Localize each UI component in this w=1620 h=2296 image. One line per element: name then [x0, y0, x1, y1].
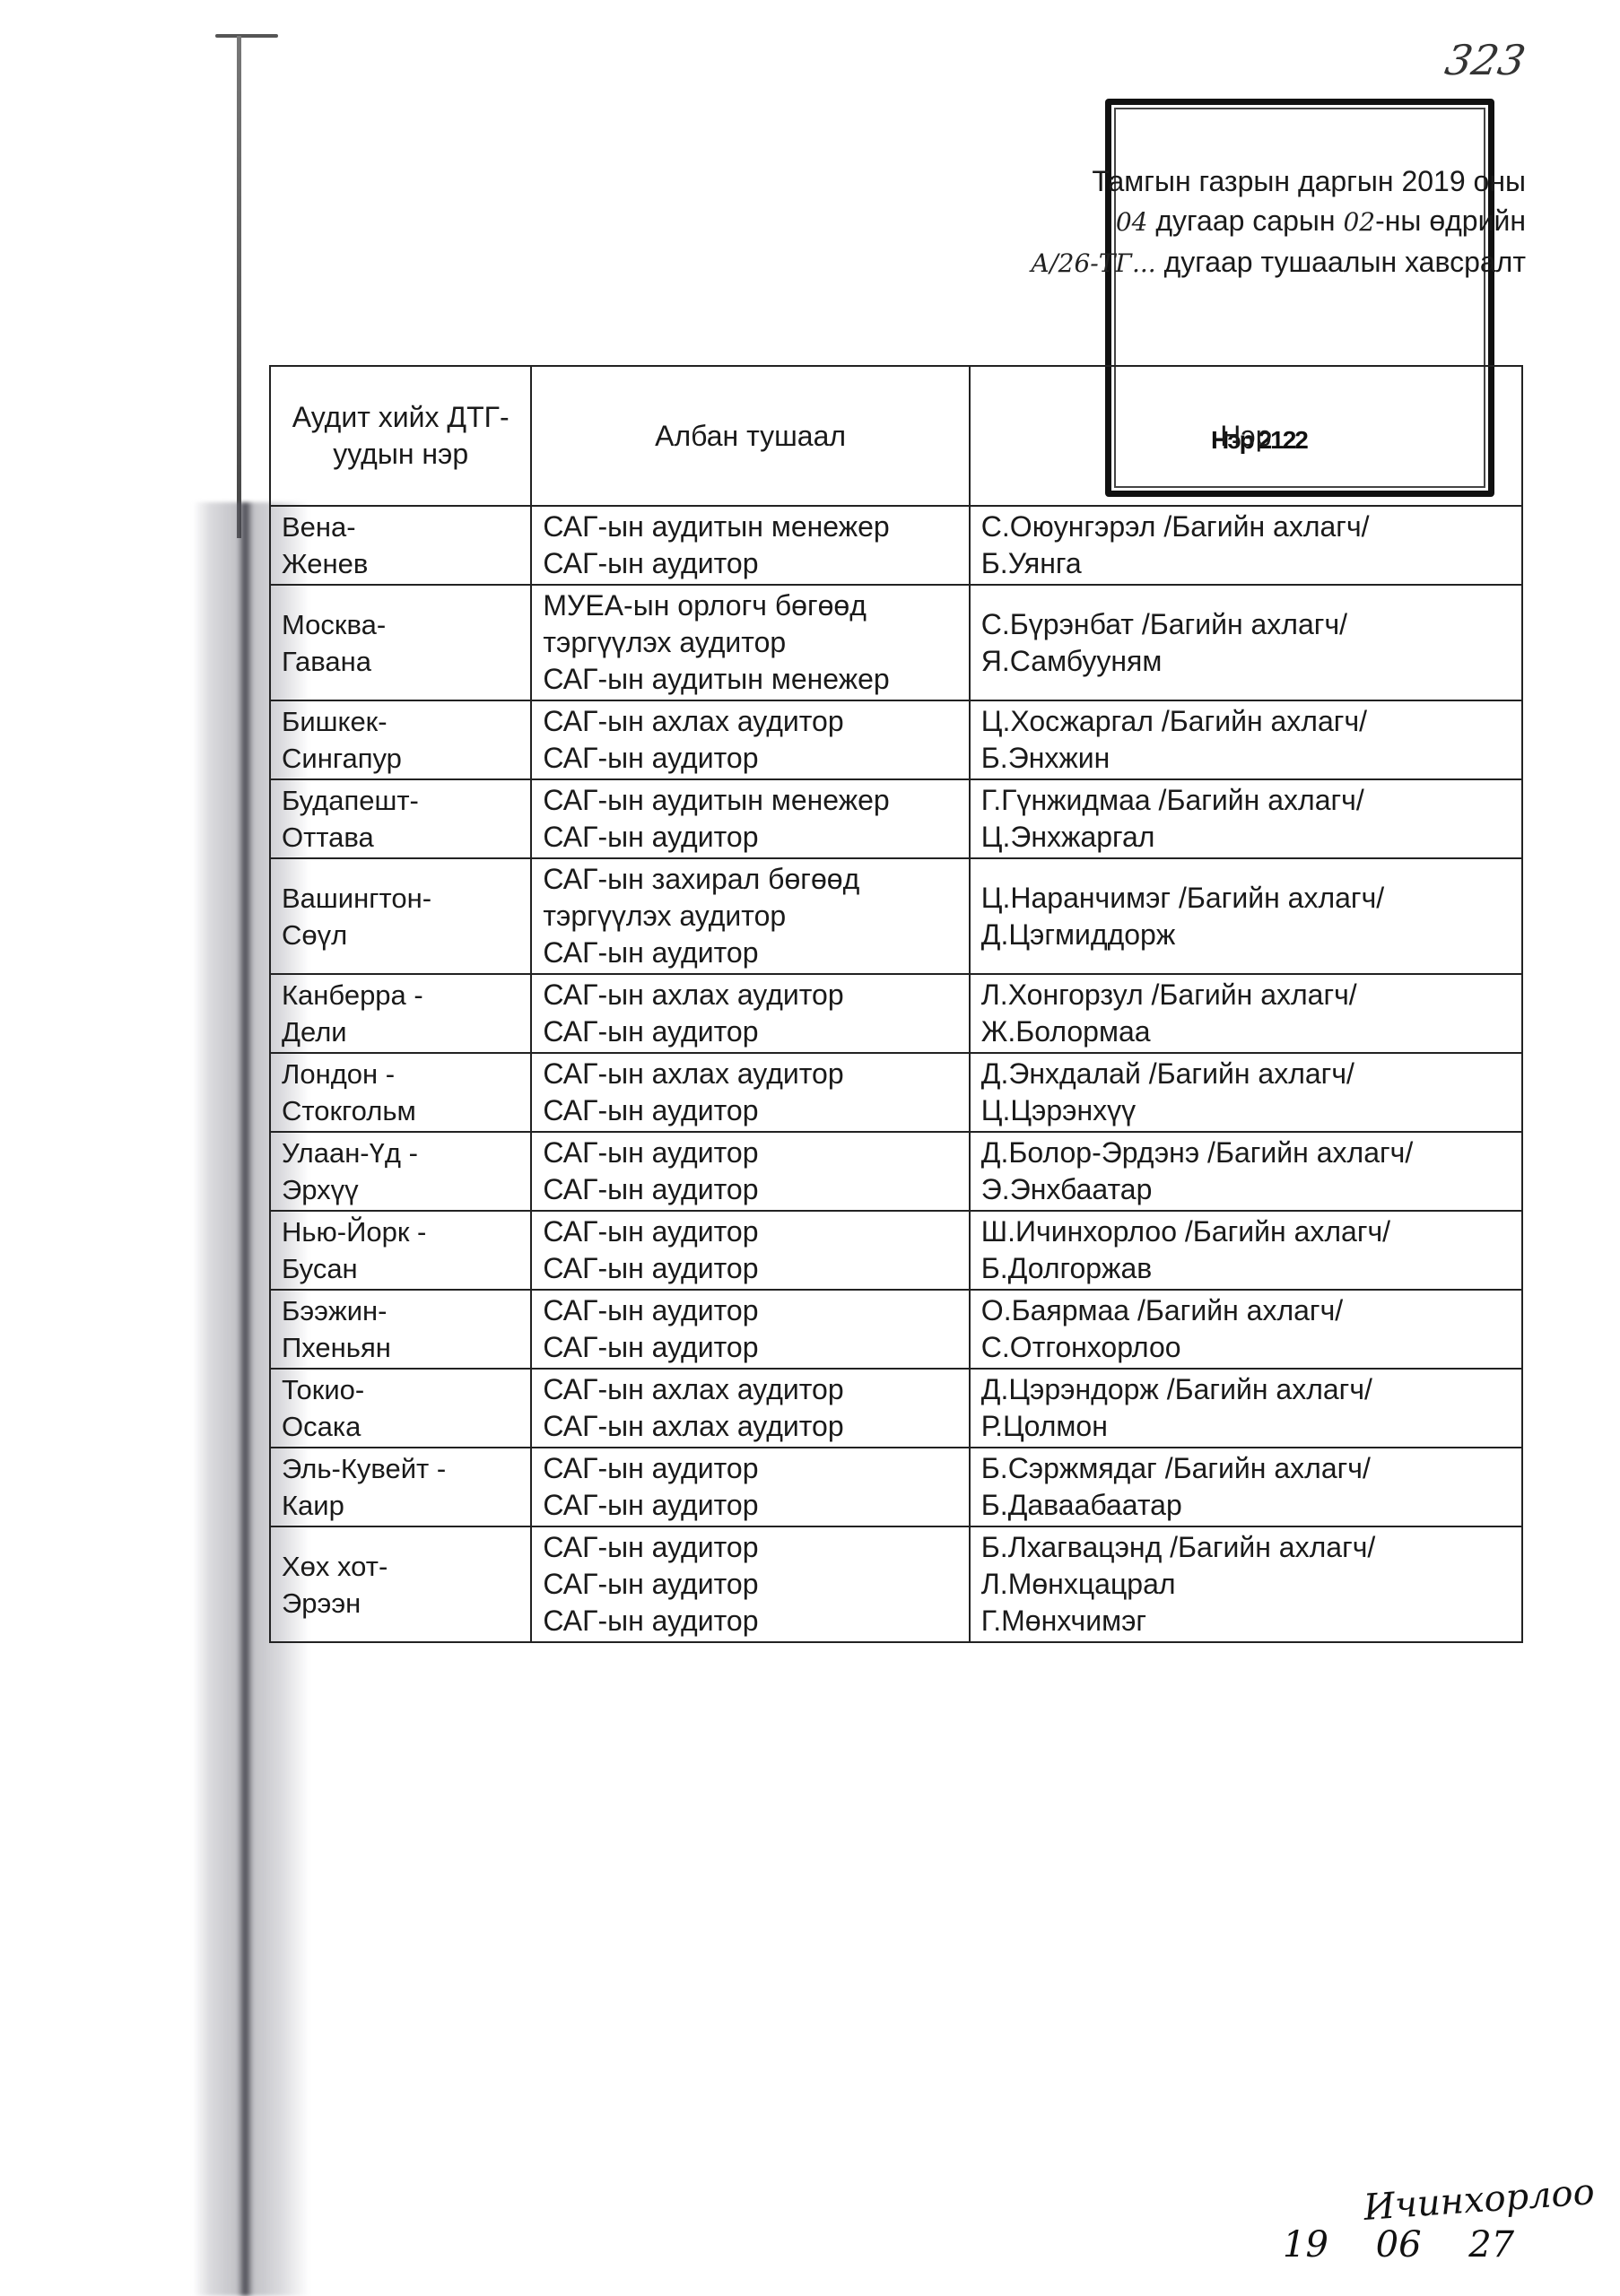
name-cell: Б.Лхагвацэнд /Багийн ахлагч/Л.Мөнхцацрал…: [970, 1526, 1522, 1642]
table-row: Улаан-Үд -ЭрхүүСАГ-ын аудиторСАГ-ын ауди…: [270, 1132, 1522, 1211]
name-cell: Д.Болор-Эрдэнэ /Багийн ахлагч/Э.Энхбаата…: [970, 1132, 1522, 1211]
name-cell: Б.Сэржмядаг /Багийн ахлагч/Б.Даваабаатар: [970, 1448, 1522, 1526]
position-cell: САГ-ын ахлах аудиторСАГ-ын ахлах аудитор: [531, 1369, 969, 1448]
table-row: Токио-ОсакаСАГ-ын ахлах аудиторСАГ-ын ах…: [270, 1369, 1522, 1448]
position-cell: САГ-ын ахлах аудиторСАГ-ын аудитор: [531, 1053, 969, 1132]
position-cell: САГ-ын аудиторСАГ-ын аудитор: [531, 1132, 969, 1211]
header-mission: Аудит хийх ДТГ-уудын нэр: [270, 366, 531, 506]
position-cell: САГ-ын захирал бөгөөдтэргүүлэх аудиторСА…: [531, 858, 969, 974]
table-row: Нью-Йорк -БусанСАГ-ын аудиторСАГ-ын ауди…: [270, 1211, 1522, 1290]
table-row: Бишкек-СингапурСАГ-ын ахлах аудиторСАГ-ы…: [270, 700, 1522, 779]
name-cell: С.Оюунгэрэл /Багийн ахлагч/Б.Уянга: [970, 506, 1522, 585]
table-row: Эль-Кувейт -КаирСАГ-ын аудиторСАГ-ын ауд…: [270, 1448, 1522, 1526]
name-cell: Д.Энхдалай /Багийн ахлагч/Ц.Цэрэнхүү: [970, 1053, 1522, 1132]
mission-cell: Улаан-Үд -Эрхүү: [270, 1132, 531, 1211]
position-cell: МУЕА-ын орлогч бөгөөдтэргүүлэх аудиторСА…: [531, 585, 969, 700]
signature: Ичинхорлоо: [1363, 2171, 1596, 2229]
position-cell: САГ-ын ахлах аудиторСАГ-ын аудитор: [531, 700, 969, 779]
position-cell: САГ-ын аудитын менежерСАГ-ын аудитор: [531, 779, 969, 858]
mission-cell: Вена-Женев: [270, 506, 531, 585]
header-name: Нэр: [970, 366, 1522, 506]
table-row: Будапешт-ОттаваСАГ-ын аудитын менежерСАГ…: [270, 779, 1522, 858]
position-cell: САГ-ын аудиторСАГ-ын аудиторСАГ-ын аудит…: [531, 1526, 969, 1642]
page-number: 323: [1441, 36, 1529, 84]
name-cell: О.Баярмаа /Багийн ахлагч/С.Отгонхорлоо: [970, 1290, 1522, 1369]
name-cell: Ц.Наранчимэг /Багийн ахлагч/Д.Цэгмиддорж: [970, 858, 1522, 974]
binding-pin: [237, 36, 241, 538]
name-cell: Ц.Хосжаргал /Багийн ахлагч/Б.Энхжин: [970, 700, 1522, 779]
table-row: Вашингтон-СөүлСАГ-ын захирал бөгөөдтэргү…: [270, 858, 1522, 974]
position-cell: САГ-ын ахлах аудиторСАГ-ын аудитор: [531, 974, 969, 1053]
mission-cell: Москва-Гавана: [270, 585, 531, 700]
name-cell: Л.Хонгорзул /Багийн ахлагч/Ж.Болормаа: [970, 974, 1522, 1053]
mission-cell: Хөх хот-Эрээн: [270, 1526, 531, 1642]
audit-team-table: Аудит хийх ДТГ-уудын нэр Албан тушаал Нэ…: [269, 365, 1523, 1643]
binding-pin-head: [215, 34, 278, 38]
table-row: Бээжин-ПхеньянСАГ-ын аудиторСАГ-ын аудит…: [270, 1290, 1522, 1369]
mission-cell: Нью-Йорк -Бусан: [270, 1211, 531, 1290]
heading-line-2: 04 дугаар сарын 02-ны өдрийн: [1031, 201, 1526, 242]
handwritten-order-number: А/26-ТГ...: [1031, 248, 1156, 278]
heading-line-3: А/26-ТГ... дугаар тушаалын хавсралт: [1031, 242, 1526, 283]
name-cell: Ш.Ичинхорлоо /Багийн ахлагч/Б.Долгоржав: [970, 1211, 1522, 1290]
header-position: Албан тушаал: [531, 366, 969, 506]
table-row: Канберра -ДелиСАГ-ын ахлах аудиторСАГ-ын…: [270, 974, 1522, 1053]
handwritten-month: 04: [1116, 207, 1148, 237]
position-cell: САГ-ын аудиторСАГ-ын аудитор: [531, 1290, 969, 1369]
name-cell: Д.Цэрэндорж /Багийн ахлагч/Р.Цолмон: [970, 1369, 1522, 1448]
mission-cell: Канберра -Дели: [270, 974, 531, 1053]
position-cell: САГ-ын аудитын менежерСАГ-ын аудитор: [531, 506, 969, 585]
position-cell: САГ-ын аудиторСАГ-ын аудитор: [531, 1448, 969, 1526]
mission-cell: Бээжин-Пхеньян: [270, 1290, 531, 1369]
signature-date: 19 06 27: [1283, 2224, 1514, 2266]
handwritten-day: 02: [1343, 207, 1375, 237]
name-cell: Г.Гүнжидмаа /Багийн ахлагч/Ц.Энхжаргал: [970, 779, 1522, 858]
mission-cell: Токио-Осака: [270, 1369, 531, 1448]
table-header-row: Аудит хийх ДТГ-уудын нэр Албан тушаал Нэ…: [270, 366, 1522, 506]
mission-cell: Вашингтон-Сөүл: [270, 858, 531, 974]
table-row: Лондон -СтокгольмСАГ-ын ахлах аудиторСАГ…: [270, 1053, 1522, 1132]
mission-cell: Бишкек-Сингапур: [270, 700, 531, 779]
table-row: Вена-ЖеневСАГ-ын аудитын менежерСАГ-ын а…: [270, 506, 1522, 585]
heading-line-1: Тамгын газрын даргын 2019 оны: [1031, 161, 1526, 201]
position-cell: САГ-ын аудиторСАГ-ын аудитор: [531, 1211, 969, 1290]
mission-cell: Эль-Кувейт -Каир: [270, 1448, 531, 1526]
mission-cell: Будапешт-Оттава: [270, 779, 531, 858]
table-row: Хөх хот-ЭрээнСАГ-ын аудиторСАГ-ын аудито…: [270, 1526, 1522, 1642]
appendix-heading: Тамгын газрын даргын 2019 оны 04 дугаар …: [1031, 161, 1526, 283]
mission-cell: Лондон -Стокгольм: [270, 1053, 531, 1132]
name-cell: С.Бүрэнбат /Багийн ахлагч/Я.Самбууням: [970, 585, 1522, 700]
table-row: Москва-ГаванаМУЕА-ын орлогч бөгөөдтэргүү…: [270, 585, 1522, 700]
